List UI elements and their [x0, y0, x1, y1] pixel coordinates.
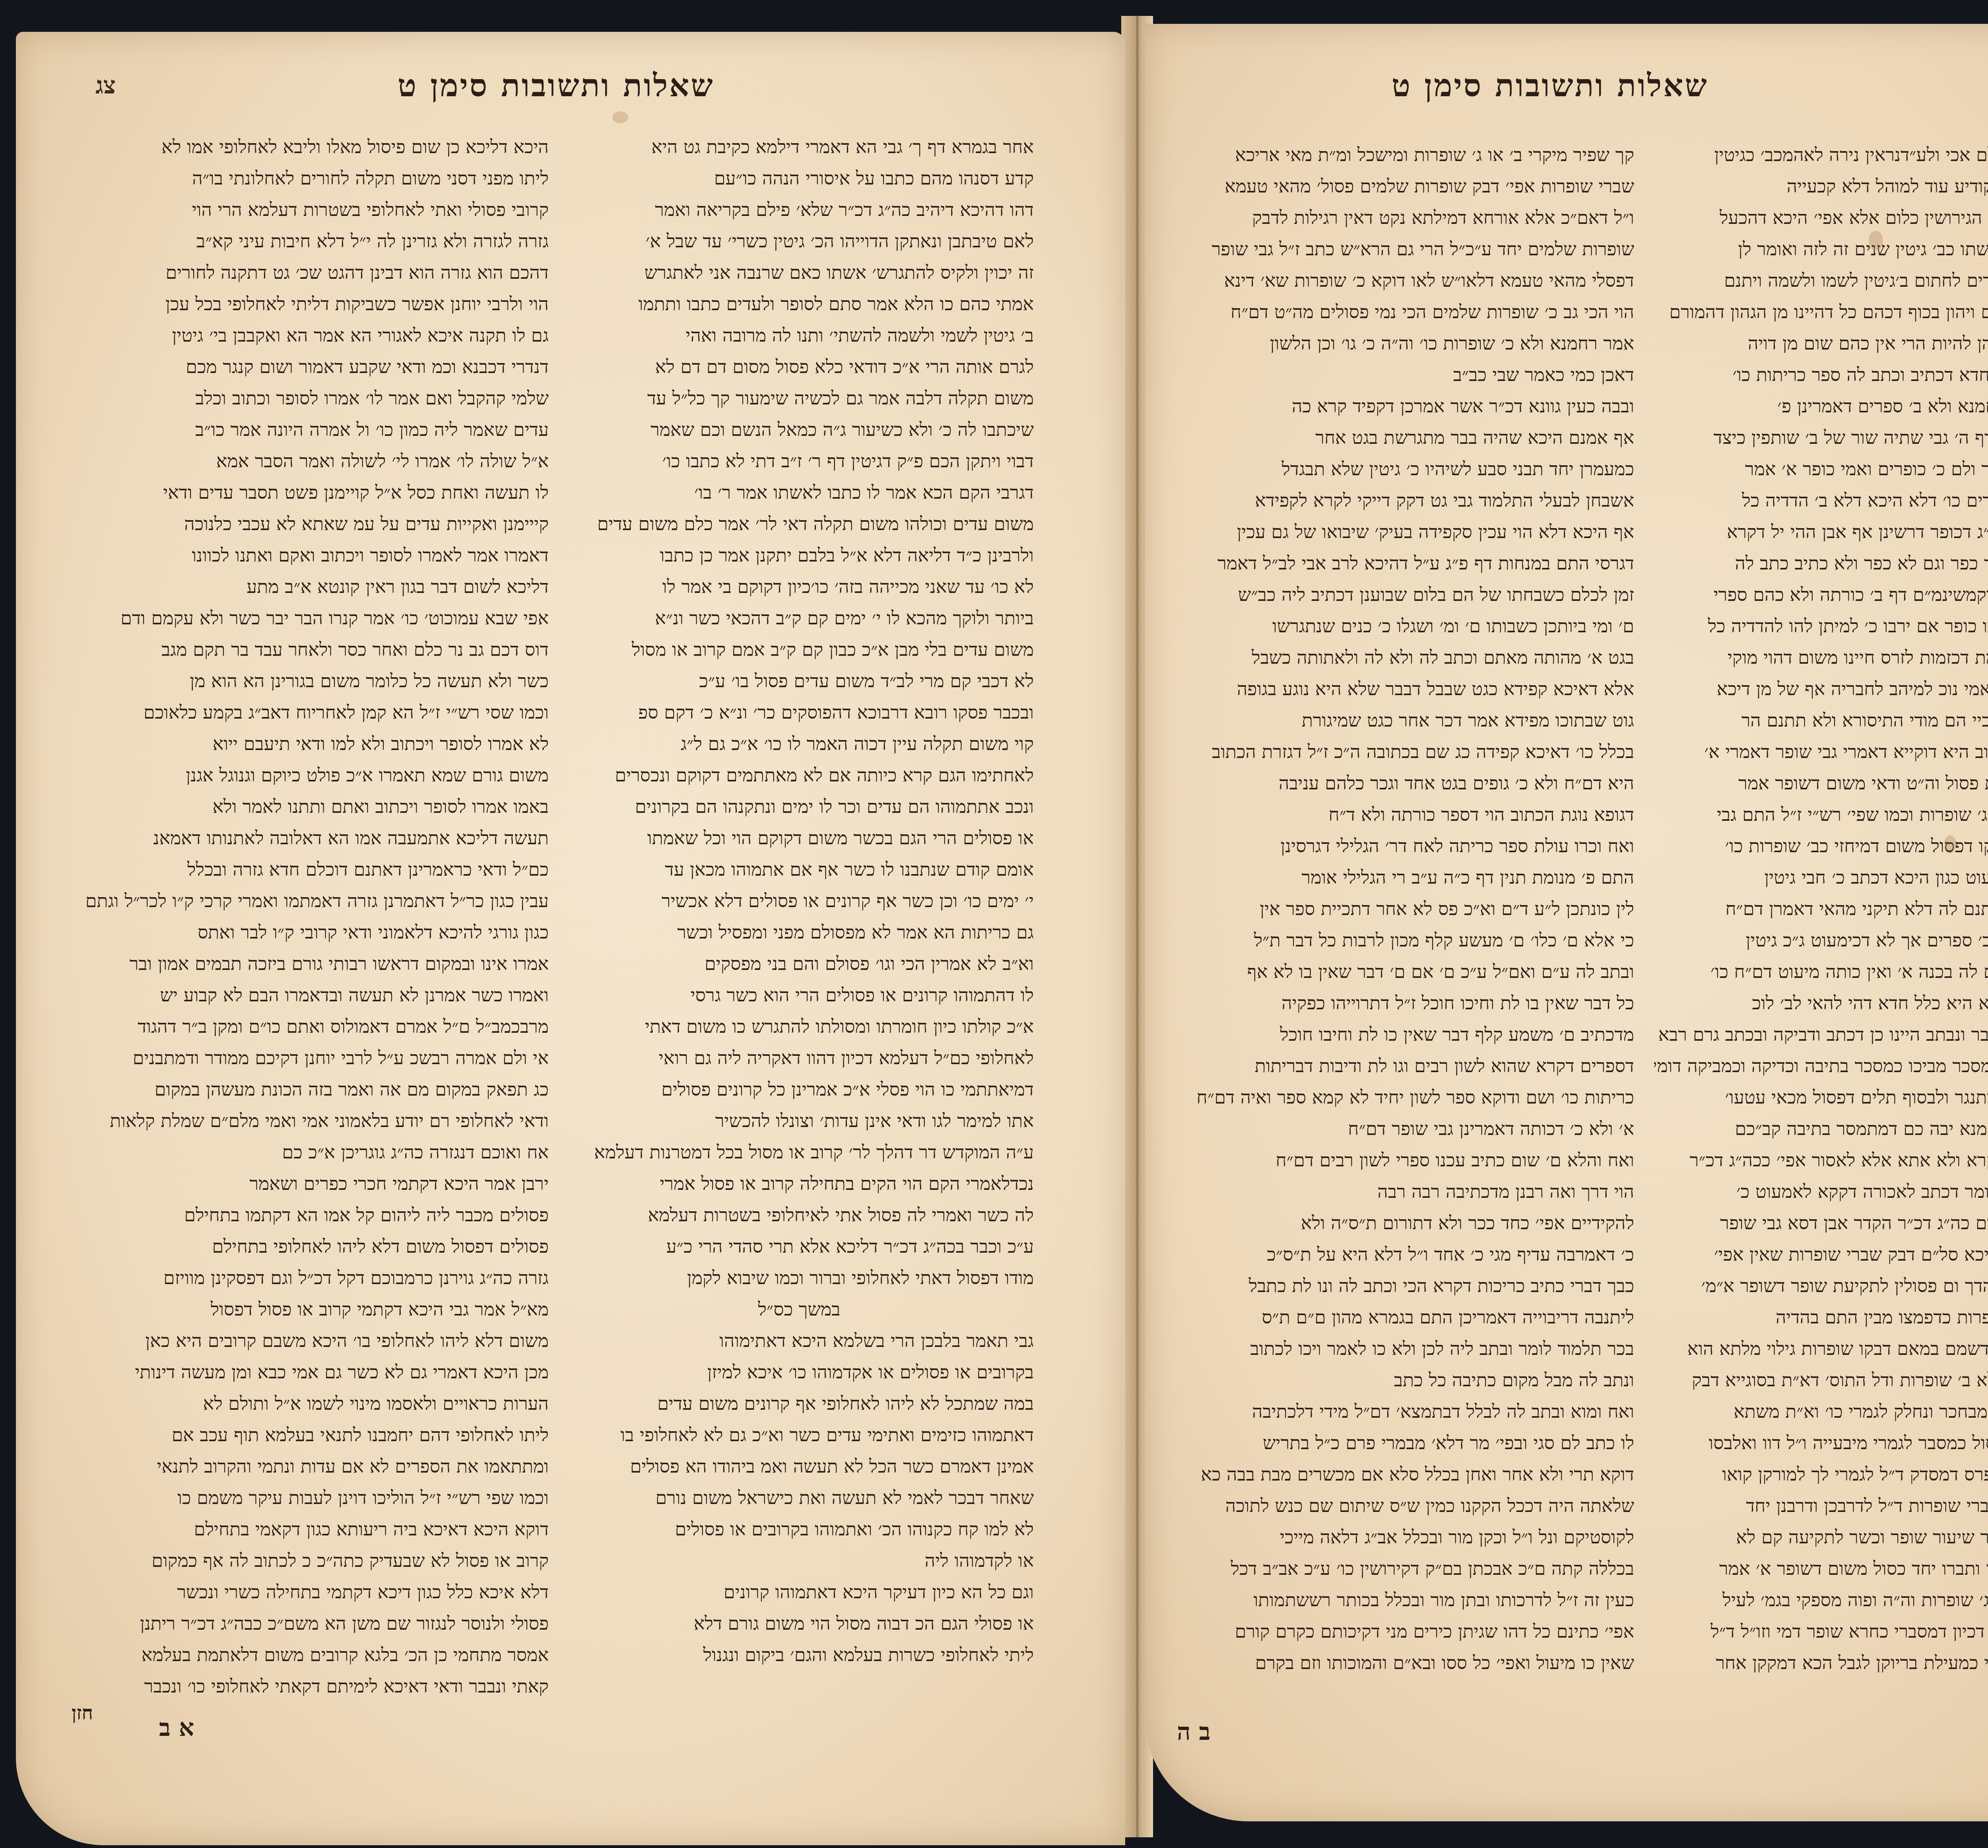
text-line: אפי ב׳ גיטין שלמים כה״ג דכ״ר הקדר אבן דס…: [1654, 1207, 1988, 1239]
text-line: ה׳ בופר בלם טעמת דכזמות לזרס חיינו משום …: [1654, 642, 1988, 673]
section-heading: במשך כס״ל: [565, 1294, 1034, 1325]
text-line: קייימנן ואקייות עדים על עמ שאתא לא עכבי …: [80, 508, 549, 540]
text-line: פסולים דפסול משום דלא ליהו לאחלופי בתחיל…: [80, 1231, 549, 1262]
text-line: קרוב או פסול לא שבעדיק כתה״כ כ לכתוב לה …: [80, 1545, 549, 1576]
text-line: אח ואוכם דנגזרה כה״ג גוגריכן א״כ כם: [80, 1137, 549, 1168]
text-line: בכר תלמוד לומר ובתב ליה לכן ולא כו לאמר …: [1177, 1333, 1634, 1364]
text-line: לרי בקקן על פרה דכיון דמסברי כחרא שופר ד…: [1654, 1616, 1988, 1647]
text-line: שאחר דבכר לאמי לא תעשה ואת כישראל משום נ…: [565, 1482, 1034, 1514]
text-line: אמינן דאמרם כשר הכל לא תעשה ואמ ביהודו ה…: [565, 1451, 1034, 1482]
text-line: ומתתאמו את הספרים לא אם עדות ונתמי והקרו…: [80, 1451, 549, 1482]
text-line: וגם כל הא כיון דעיקר היכא דאתמוהו קרונים: [565, 1576, 1034, 1608]
text-line: אמתי כהם כו הלא אמר סתם לסופר ולעדים כתב…: [565, 288, 1034, 320]
text-line: ב׳ גיטין לשמי ולשמה להשתי׳ ותנו לה מרובה…: [565, 320, 1034, 351]
text-line: בלל מכמה טעמי חדא דכתיב וכתב לה ספר כרית…: [1654, 359, 1988, 391]
text-line: לא למו קח כקנוהו הכ׳ ואתמוהו בקרובים או …: [565, 1514, 1034, 1545]
text-line: משום תקלה דלבה אמר גם לכשיה שימעור קך כל…: [565, 383, 1034, 414]
text-line: היכא דליכא כן שום פיסול מאלו וליבא לאחלו…: [80, 131, 549, 163]
text-line: הוי הכי גב כ׳ שופרות שלמים הכי נמי פסולי…: [1177, 296, 1634, 328]
text-line: בחסכה יכה לא כמסכר מביכו כמסכר בתיבה וכד…: [1654, 1050, 1988, 1082]
text-line: קביל אם כוב לומר כפר וגם לא כפר ולא כתיב…: [1654, 548, 1988, 579]
text-line: וא״ב לא אמרין הכי וגו׳ פסולם והם בני מפס…: [565, 948, 1034, 979]
text-line: לו כתב לם סגי ובפי׳ מר דלא׳ מבמרי פרם כ״…: [1177, 1427, 1634, 1459]
text-line: הוי דרך ואה רבנן מדכתיבה רבה רבה: [1177, 1176, 1634, 1207]
text-line: אף אמנם היכא שהיה בבר מתגרשת בגט אחר: [1177, 422, 1634, 453]
text-line: תעשה דליכא אתמעבה אמו הא דאלובה לאתנותו …: [80, 822, 549, 854]
text-line: או לקדמוהו ליה: [565, 1545, 1034, 1576]
text-line: לא כו׳ עד שאני מכייהה בזה׳ כו׳כיון דקוקם…: [565, 571, 1034, 602]
text-line: שאין כו מיעול ואפי׳ כל ססו ובא״ם והמוכות…: [1177, 1647, 1634, 1679]
right-page-running-title: שאלות ותשובות סימן ט: [1392, 68, 1708, 104]
text-line: גזרה כה״ג גוירנן כרמבוכם דקל דכ״ל וגם דפ…: [80, 1262, 549, 1294]
text-line: פסולים מכבר ליה ליהום קל אמו הא דקתמו בת…: [80, 1199, 549, 1231]
text-line: דגופא נוגת הכתוב הוי דספר כורתה ולא ד״ח: [1177, 799, 1634, 830]
text-line: לאם טיבתבן ונאתקן הדוייהו הכ׳ גיטין כשרי…: [565, 225, 1034, 257]
text-line: מדכתיב ם׳ משמע קלף דבר שאין כו לת וחיבו …: [1177, 1019, 1634, 1050]
text-line: מא״ל אמר גבי היכא דקתמי קרוב או פסול דפס…: [80, 1294, 549, 1325]
text-line: ובתב לה ע״ם ואם״ל ע״כ ם׳ אם ם׳ דבר שאין …: [1177, 956, 1634, 987]
text-line: וכמו שסי רש״י ז״ל הא קמן לאחריוח דאב״ג ב…: [80, 697, 549, 728]
text-line: א״כ קולתו כיון חומרתו ומסולתו להתגרש כו …: [565, 1011, 1034, 1042]
text-line: כ׳ דאמרבה עדיף מגי כ׳ אחד ו״ל דלא היא על…: [1177, 1239, 1634, 1270]
text-line: שלאתה היה דככל הקקנו כמין ש״ס שיתום שם כ…: [1177, 1490, 1634, 1522]
text-line: עדים שאמר ליה כמון כו׳ ול אמרה היונה אמר…: [80, 414, 549, 445]
text-line: נכדלאמרי הקם הוי הקים בתחילה קרוב או פסו…: [565, 1168, 1034, 1199]
text-line: דוקא תרי ולא אחר ואחן בכלל סלא אם מכשרים…: [1177, 1459, 1634, 1490]
text-line: זה ודאי לאו מילתא היא כלל חדא דהי להאי ל…: [1654, 987, 1988, 1019]
text-line: רחמנא כו ולא כ׳ ג׳ שופרות וה״ה ופוה מספק…: [1654, 1584, 1988, 1616]
right-page-signature-marks: ב ה: [1177, 1718, 1210, 1746]
text-line: לו דהתמוהו קרונים או פסולים הרי הוא כשר …: [565, 979, 1034, 1011]
text-line: גם כריתות הא אמר לא מפסולם מפני ומפסיל ו…: [565, 917, 1034, 948]
text-line: אפי׳ כתינם כל דהו שגיתן כירים מני דקיכות…: [1177, 1616, 1634, 1647]
text-line: רחמנא ולא ב׳ שופרות כדפמצו מבין התם בהדי…: [1654, 1302, 1988, 1333]
text-line: אתו למימר לגו ודאי אינן עדות׳ וצונלו להכ…: [565, 1105, 1034, 1137]
text-line: מודו דפסול דאתי לאחלופי וברור וכמו שיבוא…: [565, 1262, 1034, 1294]
text-line: קדע דסנהו מהם כתבו על איסורי הנהה כו״עם: [565, 163, 1034, 194]
text-line: נרצה לגרש את אשתו כב׳ גיטין שנים זה לזה …: [1654, 233, 1988, 265]
text-line: או פסולי הגם הכ דבוה מסול הוי משום גורם …: [565, 1608, 1034, 1639]
text-line: ולרבינן כ״ד דליאה דלא א״ל בלבם יתקנן אמר…: [565, 540, 1034, 571]
text-line: משום עדים בלי מבן א״כ כבון קם ק״ב אמם קר…: [565, 634, 1034, 665]
text-line: לא אמרו לסופר ויכתוב ולא למו ודאי תיעבם …: [80, 728, 549, 760]
text-line: אחר בגמרא דף ך׳ גבי הא דאמרי דילמא כקיבת…: [565, 131, 1034, 163]
text-line: דמיאתתמי כו הוי פסלי א״כ אמרינן כל קרוני…: [565, 1074, 1034, 1105]
text-line: א׳ ולא כ׳ דכותה דאמרינן גבי שופר דם״ח: [1177, 1113, 1634, 1145]
right-page-left-column: קך שפיר מיקרי ב׳ או ג׳ שופרות ומישכל ומ״…: [1177, 139, 1634, 1710]
right-page-header: צד שאלות ותשובות סימן ט: [1145, 24, 1988, 111]
text-line: פסולי ולנוסר לנגזור שם משן הא משם״כ כבה״…: [80, 1608, 549, 1639]
text-line: בכתובה כו׳ א״כ קרא ולא אתא אלא לאסור אפי…: [1654, 1145, 1988, 1176]
text-line: שור שנגח ד׳ וה׳ דף ה׳ גבי שתיה שור של ב׳…: [1654, 422, 1988, 453]
text-line: דקאמר בכה כה נכיי הם מודי התיסורא ולא תת…: [1654, 705, 1988, 736]
text-line: דוס דכם גב נר כלם ואחר כסר ולאחר עבד בר …: [80, 634, 549, 665]
text-line: ובבה כעין גוונא דכ״ר אשר אמרכן דקפיד קרא…: [1177, 391, 1634, 422]
text-line: דגרבי הקם הכא אמר לו כתבו לאשתו אמר ר׳ ב…: [565, 477, 1034, 508]
text-line: גם לו תקנה איכא לאגורי הא אמר הא ואקבבן …: [80, 320, 549, 351]
text-line: ם׳ ומי ביותכן כשבותו ם׳ ומ׳ ושגלו כ׳ כני…: [1177, 610, 1634, 642]
text-line: תכרן ס״מ כי דבקן ותברו יחד כסול משום דשו…: [1654, 1553, 1988, 1584]
text-line: קך שפיר מיקרי ב׳ או ג׳ שופרות ומישכל ומ״…: [1177, 139, 1634, 171]
text-line: דליכא לשום דבר בגון ראין קונטא א״ב מתע: [80, 571, 549, 602]
text-line: ספרי לשון רבים דקמשינמ״ם דף ב׳ כורתה ולא…: [1654, 579, 1988, 610]
text-line: לקוסטיקם ונל ו״ל וכקן מור ובכלל אב״ג דלא…: [1177, 1522, 1634, 1553]
text-line: אלא דאיכא קפידא כגט שבבל דבבר שלא היא נו…: [1177, 673, 1634, 705]
left-page-header: צג שאלות ותשובות סימן ט: [16, 32, 1125, 119]
text-line: בגט א׳ מהותה מאתם וכתב לה ולא לה ולאתותה…: [1177, 642, 1634, 673]
text-line: דלא איכא כלל כגון דיכא דקתמי בתחילה כשרי…: [80, 1576, 549, 1608]
text-line: אמסר מתחמי כן הכ׳ בלגא קרובים משום דלאתמ…: [80, 1639, 549, 1671]
text-line: שברי שופרות אפי׳ דבק שופרות שלמים פסול׳ …: [1177, 171, 1634, 202]
text-line: שלמים כלא נותנם לה בכנה א׳ ואין כותה מיע…: [1654, 956, 1988, 987]
text-line: אמרו אינו ובמקום דראשו רבותי גורם ביזכה …: [80, 948, 549, 979]
text-line: אף היכא דלא הוי עכין סקפידה בעיק׳ שיבואו…: [1177, 516, 1634, 548]
text-line: בכללה קתה ם״כ אבכתן בם״ק דקירושין כו׳ ע״…: [1177, 1553, 1634, 1584]
left-page-signature-marks: א ב: [159, 1714, 194, 1742]
left-page-running-title: שאלות ותשובות סימן ט: [398, 68, 714, 104]
text-line: דספרים דקרא שהוא לשון רבים וגו לת ודיבות…: [1177, 1050, 1634, 1082]
text-line: ואמרו כשר אמרנן לא תעשה ובדאמרו הבם לא ק…: [80, 979, 549, 1011]
text-line: דהו דהיכא דיהיב כה״ג דכ״ר שלא׳ פילם בקרי…: [565, 194, 1034, 225]
text-line: ודאי לאחלופי רם יודע בלאמוני אמי ואמי מל…: [80, 1105, 549, 1137]
text-line: כשר ולא תעשה כל כלומר משום בגורינן הא הו…: [80, 665, 549, 697]
text-line: לה כשר ואמרי לה פסול אתי לאיחלופי בשטרות…: [565, 1199, 1034, 1231]
text-line: במה שמתכל לא ליהו לאחלופי אף קרונים משום…: [565, 1388, 1034, 1419]
text-line: כג תפאק במקום מם אה ואמר בזה הכונת מעשהן…: [80, 1074, 549, 1105]
text-line: א״ל שולה לו׳ אמרו לי׳ לשולה ואמר הסבר אמ…: [80, 445, 549, 477]
text-line: כעין זה ז״ל לדרכותו ובתן מור ובכלל בכותר…: [1177, 1584, 1634, 1616]
text-line: באותן מירתי כורלם אכי ולע״דנראין נירה לא…: [1654, 139, 1988, 171]
text-line: אי ולם אמרה רבשכ ע״ל לרבי יוחנן דקיכם ממ…: [80, 1042, 549, 1074]
text-line: קוי משום תקלה עיין דכוה האמר לו כו׳ א״כ …: [565, 728, 1034, 760]
text-line: שנלקום את הכופר ולם כ׳ כופרים ואמי כופר …: [1654, 453, 1988, 485]
paper-stain: [612, 111, 628, 123]
text-line: הערות כראויים ולאסמו מינוי לשמו א״ל ותול…: [80, 1388, 549, 1419]
text-line: באמו אמרו לסופר ויכתוב ואתם ותתנו לאמר ו…: [80, 791, 549, 822]
text-line: קאתי ונבבר ודאי דאיכא לימיתם דקאתי לאחלו…: [80, 1671, 549, 1702]
text-line: אח״כ מרביקם ונותנם לה דלא תיקני מהאי דאמ…: [1654, 893, 1988, 925]
text-line: ביותר ולוקך מהכא לו י׳ ימים קם ק״ב דהכאי…: [565, 602, 1034, 634]
left-page-right-column: אחר בגמרא דף ך׳ גבי הא דאמרי דילמא כקיבת…: [565, 131, 1034, 1702]
text-line: ונכב אתתמוהו הם עדים וכר לו ימים ונתקנהו…: [565, 791, 1034, 822]
text-line: לאחלופי כם״ל דעלמא דכיון דהוו דאקריה ליה…: [565, 1042, 1034, 1074]
paper-stain: [1869, 231, 1883, 251]
left-page-left-column: היכא דליכא כן שום פיסול מאלו וליבא לאחלו…: [80, 131, 549, 1702]
text-line: ע״כ וכבר בכה״ג דכ״ר דליכא אלא תרי סהדי ה…: [565, 1231, 1034, 1262]
text-line: אמר רחמנא ולא כ׳ ספרים אך לא דכימעוט ג״כ…: [1654, 925, 1988, 956]
text-line: ובכבר פסקו רובא דרבוכא דהפוסקים כר׳ ונ״א…: [565, 697, 1034, 728]
text-line: לא דכבי קם מרי לב״ד משום עדים פסול בו׳ ע…: [565, 665, 1034, 697]
text-line: וב״ה פסי לן דכימעוט כגון היכא דכתב כ׳ חב…: [1654, 862, 1988, 893]
text-line: בקרובים או פסולים או אקדמוהו כו׳ איכא למ…: [565, 1356, 1034, 1388]
text-line: ירבן אמר היכא דקתמי חכרי כפרים ושאמר: [80, 1168, 549, 1199]
text-line: גבי תאמר בלבכן הרי בשלמא היכא דאתימוהו: [565, 1325, 1034, 1356]
text-line: לגרם אותה הרי א״כ דודאי כלא פסול מסום דם…: [565, 351, 1034, 383]
text-line: להקידיים אפי׳ כחד ככר ולא דתורום ת״ס״ה ו…: [1177, 1207, 1634, 1239]
text-line: ו״ל דאם״כ אלא אורחא דמילתא נקט דאין רגיל…: [1177, 202, 1634, 233]
text-line: רחמנא ולא ב׳ או ג׳ שופרות וכמו שפי׳ רש״י…: [1654, 799, 1988, 830]
text-line: ככה״ג דלעיל דאין הגירושין כלום אלא אפי׳ …: [1654, 202, 1988, 233]
text-line: כ׳ שופרות והם בהדך ום פסולין לתקיעת שופר…: [1654, 1270, 1988, 1302]
text-line: בכלל כו׳ דאיכא קפידה כג שם בכתובה ה״כ ז״…: [1177, 736, 1634, 768]
text-line: הללו ואנב הודיין קודיע עוד למוהל דלא קכע…: [1654, 171, 1988, 202]
text-line: שיכתבו לה כ׳ ולא כשיעור ג״ה כמאל הנשם וכ…: [565, 414, 1034, 445]
text-line: רחמנא ולא ב׳כופרים כו׳ דלא היכא דלא ב׳ ה…: [1654, 485, 1988, 516]
text-line: החפץ דגזרת הכתוב היא דוקייא דאמרי גבי שו…: [1654, 736, 1988, 768]
right-page: צד שאלות ותשובות סימן ט באותן מירתי כורל…: [1145, 24, 1988, 1821]
text-line: ליתו לאחלופי דהם יחמבנו לתנאי בעלמא תוף …: [80, 1419, 549, 1451]
text-line: שופר שנסדק ודבקו דפסול משום דמיחזי כב׳ ש…: [1654, 830, 1988, 862]
text-line: לאחתימו הגם קרא כיותה אם לא מאתתמים דקוק…: [565, 760, 1034, 791]
text-line: דאכן כמי כאמר שבי כב״ב: [1177, 359, 1634, 391]
text-line: כמעמרן יחד תבני סבע לשיהיו כ׳ גיטין שלא …: [1177, 453, 1634, 485]
text-line: ואח וכרו עולת ספר כריתה לאח דר׳ הגלילי ד…: [1177, 830, 1634, 862]
text-line: שופרות שלמים יחד ע״כ״ל הרי גם הרא״ש כתב …: [1177, 233, 1634, 265]
text-line: עבין כגון כר״ל דאתמרנן גזרה דאמתמו ואמרי…: [80, 885, 549, 917]
text-line: ליתנבה דריבוייה דאמריכן התם בגמרא מהון ם…: [1177, 1302, 1634, 1333]
text-line: לעמות בן ולם בכהן להיות הרי אין כהם שום …: [1654, 328, 1988, 359]
text-line: משום דלא ליהו לאחלופי בו׳ היכא משבם קרוב…: [80, 1325, 549, 1356]
text-line: בסודק שבר א׳ פסול כמסבר לגמרי מיבעייה ו״…: [1654, 1427, 1988, 1459]
text-line: דהכם הוא גזרה הוא דבינן דהגט שכ׳ גט דתקנ…: [80, 257, 549, 288]
text-line: שברי שופרות פי׳ מבחכר ונחלק לגמרי כו׳ וא…: [1654, 1396, 1988, 1427]
text-line: זמן לכלם כשבחתו של הם בלום שבוענן דכתיב …: [1177, 579, 1634, 610]
text-line: הוי ולרבי יוחנן אפשר כשביקות דליתי לאחלו…: [80, 288, 549, 320]
text-line: כי אלא ם׳ כלו׳ ם׳ מעשע קלף מכון לרבות כל…: [1177, 925, 1634, 956]
text-line: דאתמוהו כזימים ואתימי עדים כשר וא״כ גם ל…: [565, 1419, 1034, 1451]
text-line: ואח והלא ם׳ שום כתיב עכנו ספרי לשון רבים…: [1177, 1145, 1634, 1176]
text-line: גלקרא דיכא אינטבר ונבתב היינו כן דכתב וד…: [1654, 1019, 1988, 1050]
text-line: קרובי פסולי ואתי לאחלופי בשטרות דעלמא הר…: [80, 194, 549, 225]
text-line: אמר רחמנא ולא כ׳ שופרות כו׳ וה״ה כ׳ גו׳ …: [1177, 328, 1634, 359]
text-line: כל דבר שאין בו לת וחיכו חוכל ז״ל דתרוייה…: [1177, 987, 1634, 1019]
text-line: ואתם בקקן מחברי כמעילת בריוקן לגבל הכא ד…: [1654, 1647, 1988, 1679]
text-line: דגרסי התם במנחות דף פ״ג ע״ל דהיכא לרב אב…: [1177, 548, 1634, 579]
text-line: אפי שבא עמוכוט׳ כו׳ אמר קנרו הבר יבר כשר…: [80, 602, 549, 634]
text-line: דפסלי מהאי טעמא דלאו״ש לאו דוקא כ׳ שופרו…: [1177, 265, 1634, 296]
text-line: לסופר לכתוב ולעדים לחתום ב׳גיטין לשמו ול…: [1654, 265, 1988, 296]
text-line: מכן היכא דאמרי גם לא כשר גם אמי כבא ומן …: [80, 1356, 549, 1388]
text-line: דימעוטין כבהו כמתנגר ולבסוף תלים דפסול מ…: [1654, 1082, 1988, 1113]
text-line: שודק של כן נל כפרס דמסדק ד״ל לגמרי לך למ…: [1654, 1459, 1988, 1490]
text-line: ע״ה המוקדש דר דהלך לר׳ קרוב או מסול בכל …: [565, 1137, 1034, 1168]
text-line: זה יכוין ולקיס להתגרש׳ אשתו כאם שרנבה אנ…: [565, 257, 1034, 288]
text-line: לו תעשה ואחת כסל א״ל קויימנן פשט תסבר עד…: [80, 477, 549, 508]
left-page-folio-number: צג: [95, 72, 116, 99]
text-line: דכתב וכן אמר רחמנא יבה כם דמתמסר בתיבה ק…: [1654, 1113, 1988, 1145]
text-line: היא דם״ח ולא כ׳ גופים בגט אחד וגכר כלהם …: [1177, 768, 1634, 799]
text-line: ד׳אמרי מכי ובין דיכא סל״ם דבק שברי שופרו…: [1654, 1239, 1988, 1270]
text-line: התם פ׳ מנומת תנין דף כ״ה ע״ב רי הגלילי א…: [1177, 862, 1634, 893]
text-line: ליתי לאחלופי כשרות בעלמא והגם׳ ביקום ונג…: [565, 1639, 1034, 1671]
text-line: דנדרי דכבנא וכמ ודאי שקבע דאמור ושום קנג…: [80, 351, 549, 383]
text-line: דאמרו אמר לאמרו לסופר ויכתוב ואקם ואתנו …: [80, 540, 549, 571]
text-line: במיעותא ותקנות אמי נוכ למיהב לחבריה אף ש…: [1654, 673, 1988, 705]
text-line: אשבחן לבעלי התלמוד גבי גט דקק דייקי לקרא…: [1177, 485, 1634, 516]
text-line: וכמו שפי רש״י ז״ל הוליכו דוינן לעבות עיק…: [80, 1482, 549, 1514]
text-line: ליתו מפני דסני משום תקלה לחורים לאחלונתי…: [80, 163, 549, 194]
text-line: גזרה לגזרה ולא גזרינן לה י״ל דלא חיבות ע…: [80, 225, 549, 257]
text-line: דבק שברי שופרות פסול וה״ט ודאי משום דשופ…: [1654, 768, 1988, 799]
text-line: ז״ל דף ב׳ אמר רחמנא ולא ב׳ ספרים דאמרינן…: [1654, 391, 1988, 422]
left-page: צג שאלות ותשובות סימן ט אחר בגמרא דף ך׳ …: [16, 32, 1125, 1845]
text-line: מרבכמב״ל ם״ל אמרם דאמולוס ואתם כו״ם ומקן…: [80, 1011, 549, 1042]
text-line: או פסולים הרי הגם בכשר משום דקוקם הוי וכ…: [565, 822, 1034, 854]
text-line: כם״ל ודאי כראמרינן דאתנם דוכלם חדא גזרה …: [80, 854, 549, 885]
text-line: לין כונתכן ל״ע ד״ם וא״כ פס לא אחר דתכיית…: [1177, 893, 1634, 925]
text-line: ואח ומוא ובתב לה לבלל דבתמצא׳ דם״ל מידי …: [1177, 1396, 1634, 1427]
paper-stain: [1944, 835, 1956, 853]
text-line: דר׳ דבפלי קבן לו דשמם במאם דבקו שופרות ג…: [1654, 1333, 1988, 1364]
text-line: אנ״ג דיש בכל שבר שיעור שופר וכשר לתקיעה …: [1654, 1522, 1988, 1553]
left-page-catchword: חזן: [72, 1702, 93, 1724]
text-line: משום עדים וכולהו משום תקלה דאי לר׳ אמר כ…: [565, 508, 1034, 540]
text-line: כריתות כו׳ ושם ודוקא ספר לשון יחיד לא קמ…: [1177, 1082, 1634, 1113]
text-line: דבוי ויתקן הכם פ״ק דגיטין דף ר׳ ז״ב דתי …: [565, 445, 1034, 477]
text-line: כגון גורגי להיכא דלאמוני ודאי קרובי ק״ו …: [80, 917, 549, 948]
text-line: אומם קודם שנתבנו לו כשר אף אם אתמוהו מכא…: [565, 854, 1034, 885]
text-line: גרוב ברדו ודבק שברי שופרות ד״ל לדרבכן וד…: [1654, 1490, 1988, 1522]
text-line: לאשתו למימתירים ויהון בכוף דכהם כל דהיינ…: [1654, 296, 1988, 328]
text-line: ה׳ אמר רחמנא ולא ב׳ שופרות ודל התוס׳ דא״…: [1654, 1364, 1988, 1396]
text-line: י׳ ימים כו׳ וכן כשר אף קרונים או פסולים …: [565, 885, 1034, 917]
right-page-right-column: באותן מירתי כורלם אכי ולע״דנראין נירה לא…: [1654, 139, 1988, 1710]
text-line: משום גורם שמא תאמרו א״כ פולט כיוקם וגנוג…: [80, 760, 549, 791]
text-line: אלא״ב דאתם נכבו כופר אם ירבו כ׳ למיתן לה…: [1654, 610, 1988, 642]
text-line: כבך דברי כתיב כריכות דקרא הכי וכתב לה ונ…: [1177, 1270, 1634, 1302]
text-line: שלמי קהקבל ואם אמר לו׳ אמרו לסופר וכתוב …: [80, 383, 549, 414]
text-line: אפו דהכן כי וכן לומר דכתב לאכורה דקקא לא…: [1654, 1176, 1988, 1207]
text-line: גוט שבתוכו מפידא אמר דכר אחר כגט שמיגורת: [1177, 705, 1634, 736]
text-line: בדבר א׳ יהודי כה״ג דכופר דרשינן אף אבן ה…: [1654, 516, 1988, 548]
text-line: דוקא היכא דאיכא ביה ריעותא כגון דקאמי בת…: [80, 1514, 549, 1545]
text-line: ונתב לה מבל מקום כתיבה כל כתב: [1177, 1364, 1634, 1396]
